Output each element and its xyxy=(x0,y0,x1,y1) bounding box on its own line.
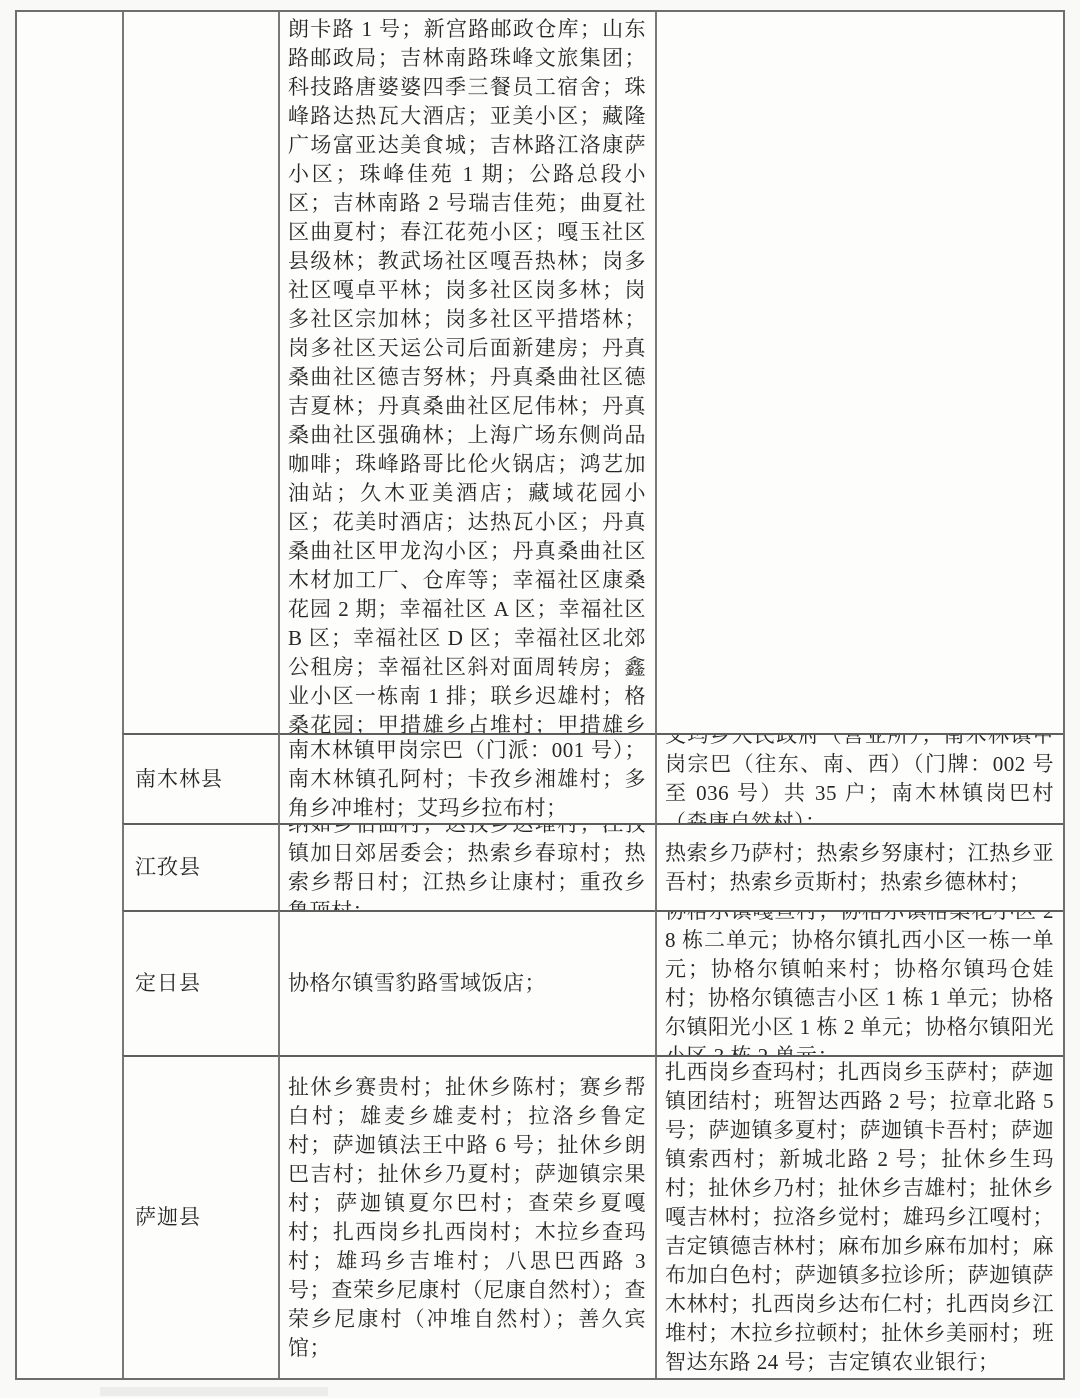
area-list-left-cell: 扯休乡赛贵村；扯休乡陈村；赛乡帮白村；雄麦乡雄麦村；拉洛乡鲁定村；萨迦镇法王中路… xyxy=(278,1055,655,1378)
area-list-right-text: 热索乡乃萨村；热索乡努康村；江热乡亚吾村；热索乡贡斯村；热索乡德林村； xyxy=(657,836,1063,900)
area-list-left-cell: 南木林镇甲岗宗巴（门派：001 号）；南木林镇孔阿村；卡孜乡湘雄村；多角乡冲堆村… xyxy=(278,733,655,823)
county-label: 定日县 xyxy=(124,969,278,998)
area-list-right-cell: 艾玛乡人民政府（营业所）；南木林镇甲岗宗巴（往东、南、西）（门牌：002 号至 … xyxy=(655,733,1063,823)
area-list-left-cell: 朗卡路 1 号；新宫路邮政仓库；山东路邮政局；吉林南路珠峰文旅集团；科技路唐婆婆… xyxy=(278,12,655,733)
area-list-left-text: 朗卡路 1 号；新宫路邮政仓库；山东路邮政局；吉林南路珠峰文旅集团；科技路唐婆婆… xyxy=(280,12,655,733)
area-list-right-text: 协格尔镇嘎旦村；协格尔镇格桑花小区 28 栋二单元；协格尔镇扎西小区一栋一单元；… xyxy=(657,910,1063,1055)
county-label: 江孜县 xyxy=(124,853,278,882)
county-cell: 定日县 xyxy=(122,910,278,1055)
area-list-right-cell xyxy=(655,12,1063,733)
area-list-left-cell: 纳如乡恰曲村；达孜乡达堆村；江孜镇加日郊居委会；热索乡春琼村；热索乡帮日村；江热… xyxy=(278,823,655,910)
county-cell: 江孜县 xyxy=(122,823,278,910)
area-list-left-cell: 协格尔镇雪豹路雪域饭店； xyxy=(278,910,655,1055)
county-label: 南木林县 xyxy=(124,765,278,794)
area-list-left-text: 纳如乡恰曲村；达孜乡达堆村；江孜镇加日郊居委会；热索乡春琼村；热索乡帮日村；江热… xyxy=(280,823,655,910)
area-list-left-text: 扯休乡赛贵村；扯休乡陈村；赛乡帮白村；雄麦乡雄麦村；拉洛乡鲁定村；萨迦镇法王中路… xyxy=(280,1070,655,1366)
region-cell xyxy=(17,12,122,1378)
area-list-right-cell: 扎西岗乡查玛村；扎西岗乡玉萨村；萨迦镇团结村；班智达西路 2 号；拉章北路 5 … xyxy=(655,1055,1063,1378)
next-page-bleed-mark xyxy=(100,1387,328,1396)
county-cell xyxy=(122,12,278,733)
county-cell: 萨迦县 xyxy=(122,1055,278,1378)
area-list-right-text xyxy=(657,370,1063,376)
county-label: 萨迦县 xyxy=(124,1203,278,1232)
area-list-right-cell: 热索乡乃萨村；热索乡努康村；江热乡亚吾村；热索乡贡斯村；热索乡德林村； xyxy=(655,823,1063,910)
area-list-right-text: 扎西岗乡查玛村；扎西岗乡玉萨村；萨迦镇团结村；班智达西路 2 号；拉章北路 5 … xyxy=(657,1055,1063,1378)
area-list-right-text: 艾玛乡人民政府（营业所）；南木林镇甲岗宗巴（往东、南、西）（门牌：002 号至 … xyxy=(657,733,1063,823)
area-list-right-cell: 协格尔镇嘎旦村；协格尔镇格桑花小区 28 栋二单元；协格尔镇扎西小区一栋一单元；… xyxy=(655,910,1063,1055)
risk-area-table: 朗卡路 1 号；新宫路邮政仓库；山东路邮政局；吉林南路珠峰文旅集团；科技路唐婆婆… xyxy=(15,10,1065,1380)
area-list-left-text: 协格尔镇雪豹路雪域饭店； xyxy=(280,966,655,1001)
area-list-left-text: 南木林镇甲岗宗巴（门派：001 号）；南木林镇孔阿村；卡孜乡湘雄村；多角乡冲堆村… xyxy=(280,733,655,823)
county-cell: 南木林县 xyxy=(122,733,278,823)
